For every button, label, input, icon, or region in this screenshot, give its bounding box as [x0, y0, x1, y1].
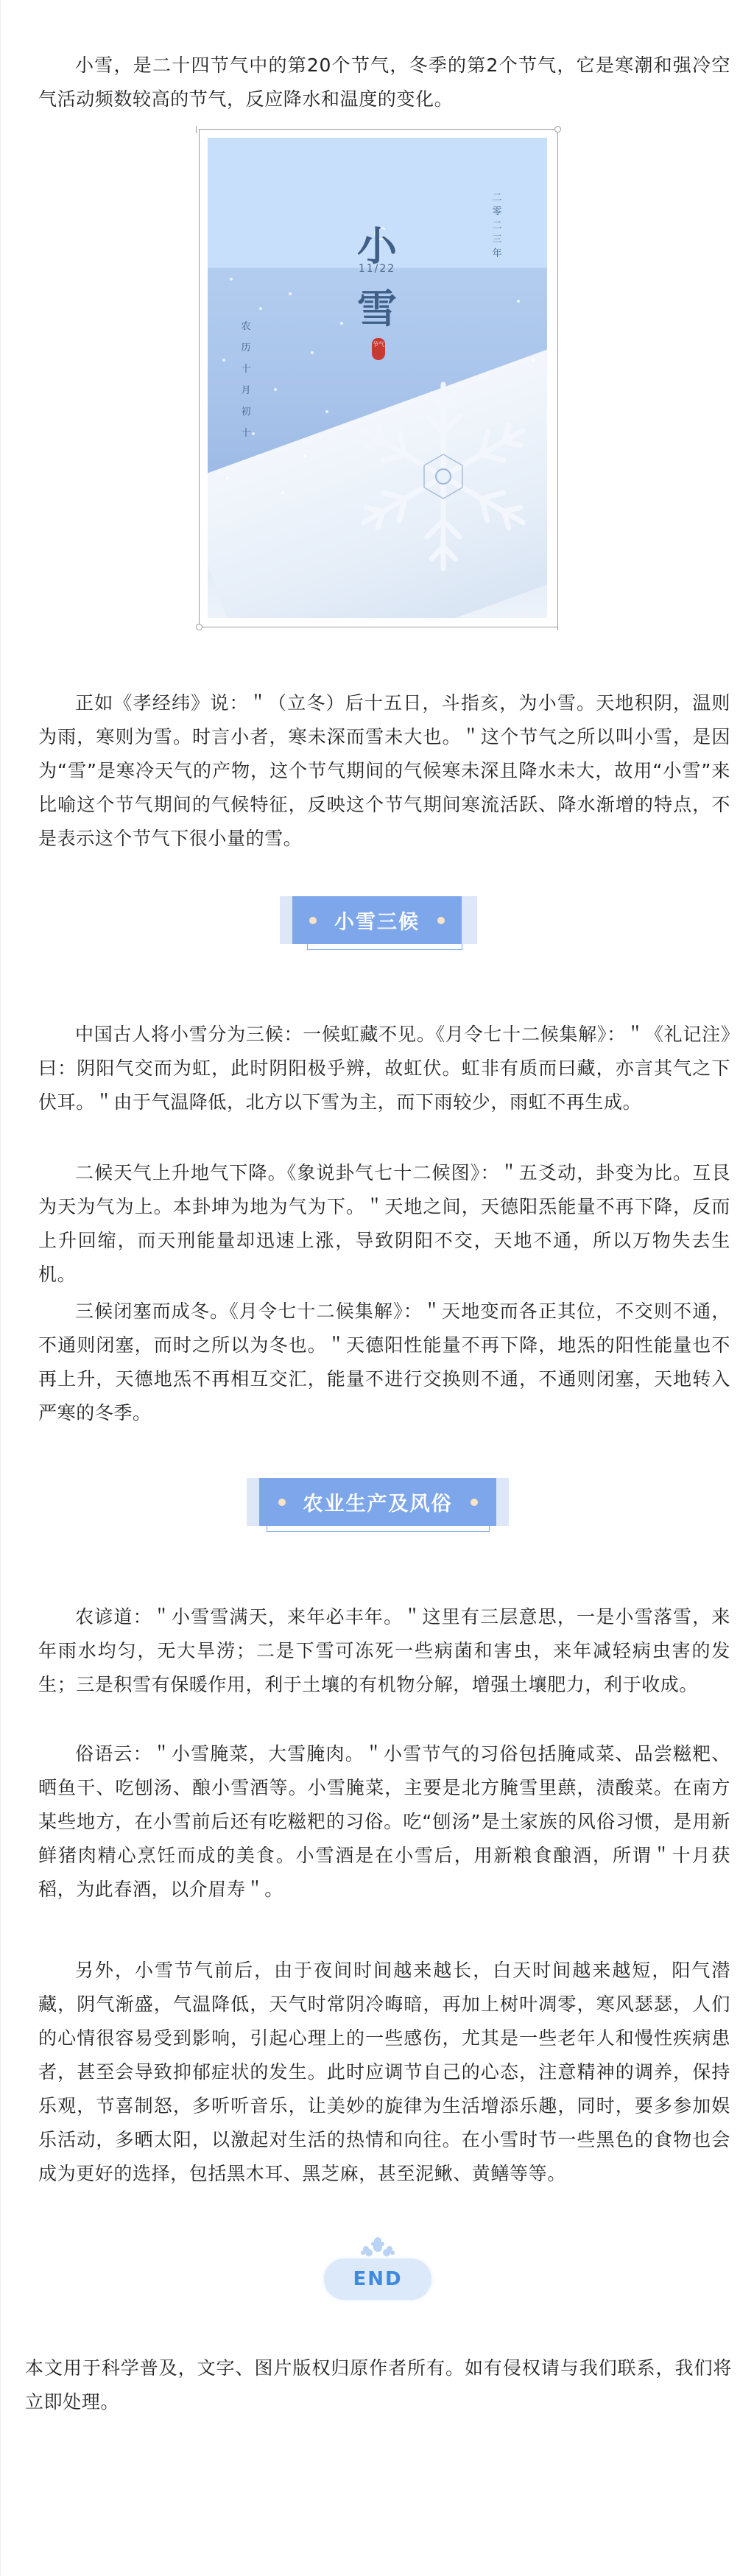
poster-title-xue: 雪 [348, 278, 406, 334]
badge-body: 农业生产及风俗 [259, 1478, 496, 1526]
section1-paragraph-2: 二候天气上升地气下降。《象说卦气七十二候图》：＂五爻动，卦变为比。互艮为天为气为… [38, 1156, 730, 1292]
intro-paragraph: 小雪，是二十四节气中的第20个节气，冬季的第2个节气，它是寒潮和强冷空气活动频数… [38, 49, 730, 116]
poster-year-vertical: 二零二三年 [491, 191, 503, 261]
section2-paragraph-1: 农谚道：＂小雪雪满天，来年必丰年。＂这里有三层意思，一是小雪落雪，来年雨水均匀，… [38, 1600, 730, 1702]
badge-underline [307, 944, 462, 950]
copyright-disclaimer: 本文用于科学普及，文字、图片版权归原作者所有。如有侵权请与我们联系，我们将立即处… [25, 2351, 732, 2419]
resize-handle-top-right[interactable] [554, 126, 561, 133]
health-advice-paragraph: 另外，小雪节气前后，由于夜间时间越来越长，白天时间越来越短，阳气潜藏，阴气渐盛，… [38, 1954, 730, 2191]
section-heading-text: 小雪三候 [334, 906, 420, 935]
end-label: END [324, 2259, 431, 2300]
frame-tick-bottom-right [557, 623, 558, 630]
snowflake-cluster-icon [359, 2235, 396, 2260]
section-heading-agriculture-customs: 农业生产及风俗 [247, 1478, 509, 1532]
badge-dot-right [471, 1499, 478, 1506]
section2-paragraph-2: 俗语云：＂小雪腌菜，大雪腌肉。＂小雪节气的习俗包括腌咸菜、品尝糍粑、晒鱼干、吃刨… [38, 1737, 730, 1907]
badge-body: 小雪三候 [292, 896, 462, 944]
badge-dot-right [437, 917, 445, 924]
poster-date: 11/22 [348, 263, 406, 275]
frame-tick-top-left [196, 126, 197, 133]
resize-handle-bottom-left[interactable] [196, 624, 202, 630]
snowflake-icon [333, 373, 547, 580]
xiaoxue-poster-image: 小 11/22 雪 二零二三年 农历十月初十 节气 [208, 138, 547, 618]
poster-lunar-date-vertical: 农历十月初十 [240, 316, 252, 444]
section1-paragraph-1: 中国古人将小雪分为三候：一候虹藏不见。《月令七十二候集解》：＂《礼记注》曰：阴阳… [38, 1018, 730, 1119]
section-heading-text: 农业生产及风俗 [303, 1488, 453, 1516]
section1-paragraph-3: 三候闭塞而成冬。《月令七十二候集解》：＂天地变而各正其位，不交则不通，不通则闭塞… [38, 1295, 730, 1430]
end-mark: END [324, 2235, 431, 2301]
badge-underline [267, 1526, 490, 1532]
page-left-edge [0, 0, 1, 2576]
section-heading-xiaoxue-sanhou: 小雪三候 [280, 896, 477, 950]
badge-dot-left [278, 1499, 286, 1506]
name-origin-paragraph: 正如《孝经纬》说：＂（立冬）后十五日，斗指亥，为小雪。天地积阴，温则为雨，寒则为… [38, 686, 730, 856]
badge-dot-left [309, 917, 317, 924]
red-seal-stamp: 节气 [372, 338, 385, 360]
